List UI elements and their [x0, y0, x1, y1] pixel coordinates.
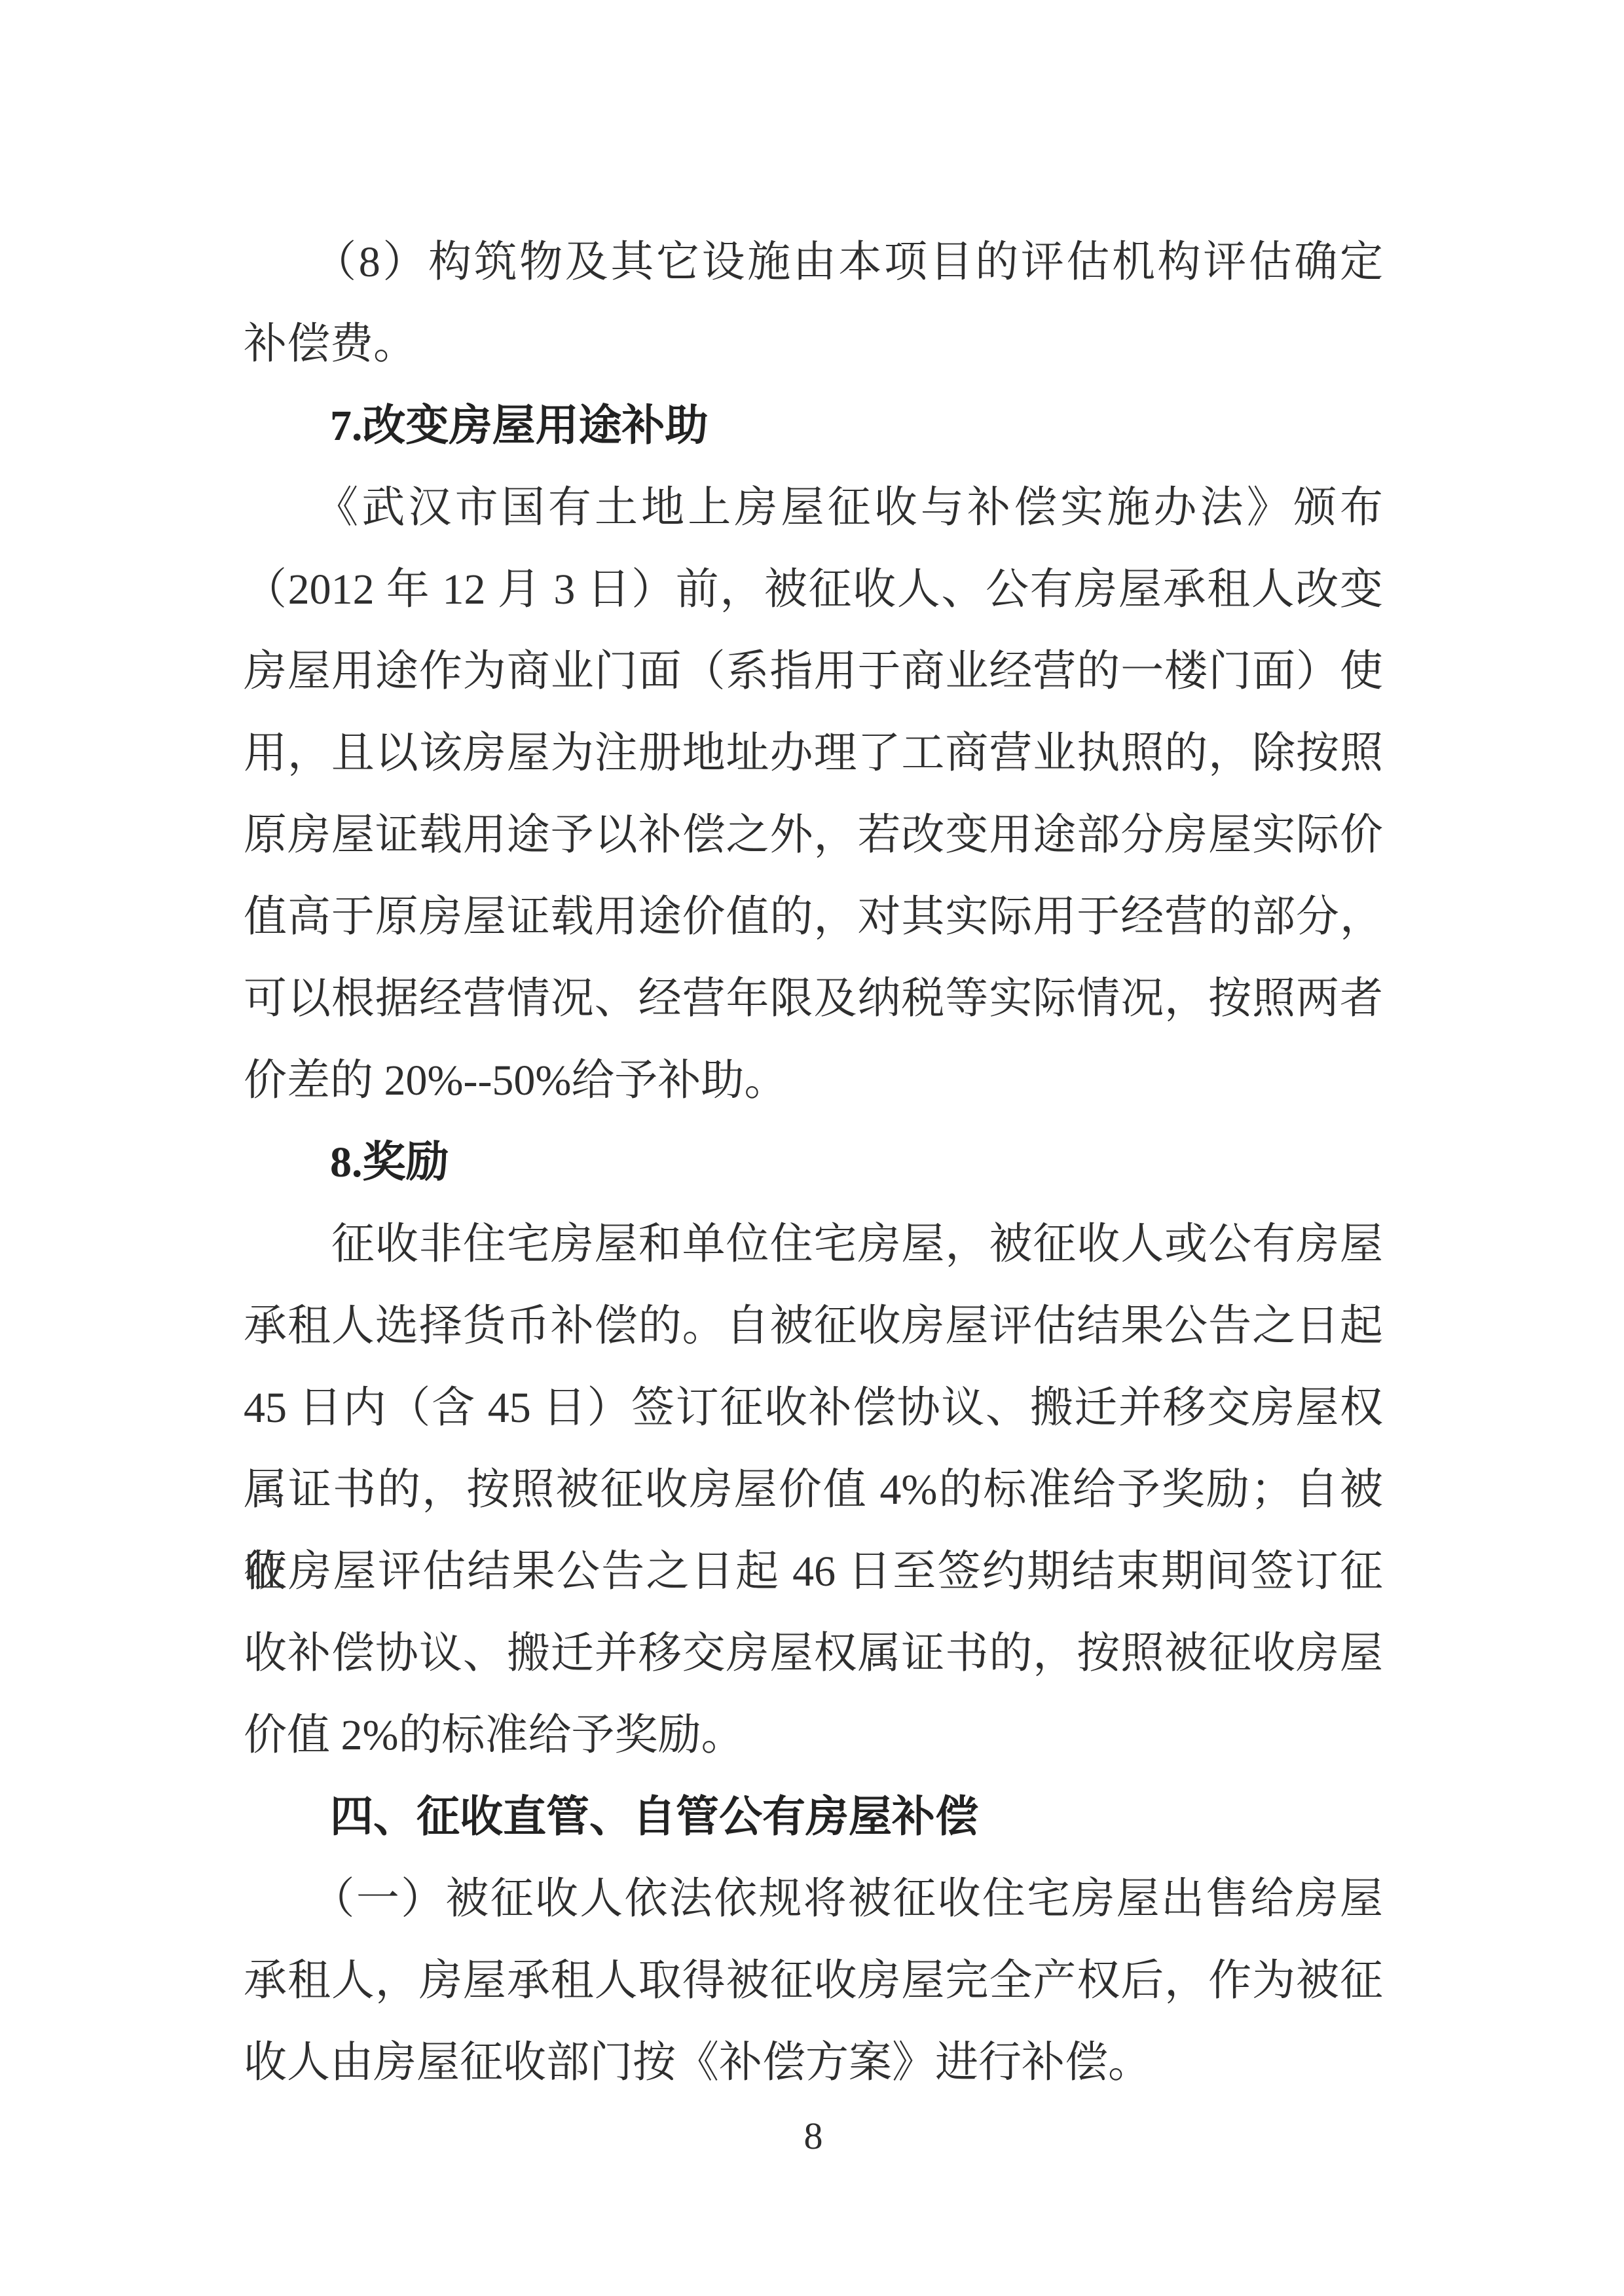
text-line: （一）被征收人依法依规将被征收住宅房屋出售给房屋 — [244, 1858, 1383, 1940]
page-number: 8 — [244, 2095, 1383, 2177]
section-heading: 8.奖励 — [244, 1121, 1383, 1203]
text-line: 收补偿协议、搬迁并移交房屋权属证书的，按照被征收房屋 — [244, 1613, 1383, 1694]
text-line: 可以根据经营情况、经营年限及纳税等实际情况，按照两者 — [244, 958, 1383, 1040]
text-line: 45 日内（含 45 日）签订征收补偿协议、搬迁并移交房屋权 — [244, 1367, 1383, 1449]
text-line: 价差的 20%--50%给予补助。 — [244, 1040, 1383, 1121]
text-line: 收人由房屋征收部门按《补偿方案》进行补偿。 — [244, 2022, 1383, 2104]
text-line: 房屋用途作为商业门面（系指用于商业经营的一楼门面）使 — [244, 630, 1383, 712]
text-line: （2012 年 12 月 3 日）前，被征收人、公有房屋承租人改变 — [244, 549, 1383, 630]
text-line: 属证书的，按照被征收房屋价值 4%的标准给予奖励；自被征 — [244, 1449, 1383, 1531]
text-line: 值高于原房屋证载用途价值的，对其实际用于经营的部分， — [244, 876, 1383, 958]
text-line: 补偿费。 — [244, 303, 1383, 385]
document-page: （8）构筑物及其它设施由本项目的评估机构评估确定补偿费。 7.改变房屋用途补助 … — [0, 0, 1624, 2296]
text-line: 承租人，房屋承租人取得被征收房屋完全产权后，作为被征 — [244, 1940, 1383, 2022]
text-line: 用，且以该房屋为注册地址办理了工商营业执照的，除按照 — [244, 712, 1383, 794]
text-line: （8）构筑物及其它设施由本项目的评估机构评估确定 — [244, 221, 1383, 303]
text-line: 原房屋证载用途予以补偿之外，若改变用途部分房屋实际价 — [244, 794, 1383, 876]
text-line: 收房屋评估结果公告之日起 46 日至签约期结束期间签订征 — [244, 1531, 1383, 1613]
text-line: 承租人选择货币补偿的。自被征收房屋评估结果公告之日起 — [244, 1285, 1383, 1367]
document-body: （8）构筑物及其它设施由本项目的评估机构评估确定补偿费。 7.改变房屋用途补助 … — [244, 221, 1383, 2104]
text-line: 征收非住宅房屋和单位住宅房屋，被征收人或公有房屋 — [244, 1203, 1383, 1285]
text-line: 《武汉市国有土地上房屋征收与补偿实施办法》颁布 — [244, 467, 1383, 549]
section-heading: 四、征收直管、自管公有房屋补偿 — [244, 1776, 1383, 1858]
text-line: 价值 2%的标准给予奖励。 — [244, 1694, 1383, 1776]
section-heading: 7.改变房屋用途补助 — [244, 385, 1383, 467]
